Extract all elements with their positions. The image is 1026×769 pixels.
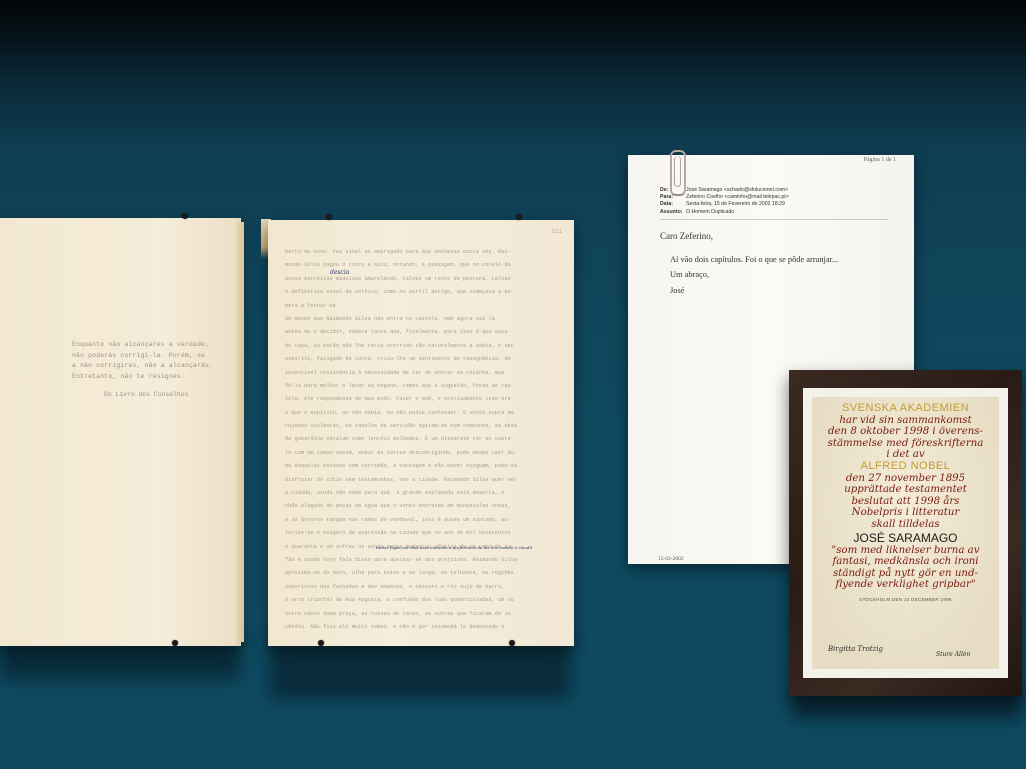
- diploma-stamp: STOCKHOLM DEN 10 DECEMBER 1998: [812, 597, 999, 602]
- typescript-line: aproxima-se do muro, olha para baixo e a…: [285, 567, 575, 580]
- email-body-line: Aí vão dois capítulos. Foi o que se pôde…: [670, 255, 838, 264]
- email-body-line: Um abraço,: [670, 270, 709, 279]
- nobel-diploma-frame: SVENSKA AKADEMIEN har vid sin sammankoms…: [789, 370, 1022, 696]
- footer-date: 15-02-2002: [658, 556, 684, 562]
- typescript-line: Acova estreitas madeixas amarelando, tal…: [285, 273, 575, 286]
- mounting-pin: [318, 640, 324, 646]
- quote-source: Do Livro dos Conselhos: [104, 391, 188, 398]
- typescript-line: a cidade, ainda não sabe para quê. A gra…: [285, 487, 575, 500]
- typescript-line: chão alagado de poças de água que o vent…: [285, 500, 575, 513]
- typescript-line: o definitivo sinal da velhice, como no p…: [285, 286, 575, 299]
- laureate-name: JOSÉ SARAMAGO: [812, 531, 999, 545]
- page-stack-edge: [236, 222, 244, 642]
- diploma-line: stämmelse med föreskrifterna: [812, 438, 999, 450]
- typescript-line: o que o espírito, ou não sabia, ou não p…: [285, 407, 575, 420]
- typescript-line: pera a fechar-se.: [285, 300, 575, 313]
- founder-name: ALFRED NOBEL: [812, 461, 999, 473]
- typescript-line: disfrutar do sítio sem testemunhas, ver …: [285, 474, 575, 487]
- left-page-shadow: [0, 640, 240, 680]
- typescript-line: Só mesmo que Raimundo Silva não entra no…: [285, 313, 575, 326]
- nobel-diploma: SVENSKA AKADEMIEN har vid sin sammankoms…: [812, 397, 999, 669]
- signature-left: Birgitta Trotzig: [828, 645, 883, 653]
- handwritten-margin-note: tantas fugas por dias aves andando a pre…: [376, 545, 532, 550]
- diploma-line: skall tilldelas: [812, 519, 999, 531]
- mounting-pin: [326, 214, 332, 220]
- page-number: 121: [551, 228, 562, 235]
- typescript-text: berto de novo. Fez sinal ao empregado pa…: [285, 246, 575, 634]
- epigraph-quote: Enquanto não alcançares a verdade, não p…: [72, 340, 232, 382]
- quote-line: a não corrigires, não a alcançarás.: [72, 361, 232, 372]
- paperclip-inner: [674, 156, 681, 187]
- typescript-line: ma daquelas escadas sem corrimão, a vant…: [285, 460, 575, 473]
- signature-right: Sture Allén: [936, 651, 970, 658]
- mounting-pin: [182, 213, 188, 219]
- email-signoff: José: [670, 286, 684, 295]
- typescript-line: rajadas violentas, os cabelos da servidã…: [285, 420, 575, 433]
- typescript-line: berto de novo. Fez sinal ao empregado pa…: [285, 246, 575, 259]
- typescript-line: fê-lo para melhor o levar ao engano, tem…: [285, 380, 575, 393]
- typescript-line: telo, ele respondesse de mau modo. Fazer…: [285, 393, 575, 406]
- mounting-pin: [516, 214, 522, 220]
- typescript-line: outro canto duma praça, as ruínas do Car…: [285, 608, 575, 621]
- quote-line: Entretanto, não te resignes.: [72, 372, 232, 383]
- quote-line: Enquanto não alcançares a verdade,: [72, 340, 232, 351]
- typescript-line: torize-se o exagero da expressão na cida…: [285, 527, 575, 540]
- typescript-line: de casa, ou então não lhe teria ocorrido…: [285, 340, 575, 353]
- typescript-line: invencível resistência à necessidade de …: [285, 367, 575, 380]
- header-subject: Assunto:O Homem Duplicado: [660, 209, 789, 216]
- typescript-line: antes de o decidir, sabere tanto que, fi…: [285, 326, 575, 339]
- diploma-line: har vid sin sammankomst: [812, 415, 999, 427]
- page-label: Página 1 de 1: [864, 157, 897, 163]
- typescript-line: mundo Silva pagou o conto e saiu, notand…: [285, 259, 575, 272]
- header-date: Data:Sexta-feira, 15 de Fevereiro de 200…: [660, 201, 789, 208]
- diploma-line: beslutat att 1998 års: [812, 496, 999, 508]
- typescript-line: fão e ainda hoje fala disso para queixar…: [285, 554, 575, 567]
- citation-line: flyende verklighet gripbar": [812, 579, 999, 591]
- academy-name: SVENSKA AKADEMIEN: [812, 403, 999, 415]
- typescript-line: e as árvores rangem nos ramos do vendava…: [285, 514, 575, 527]
- mounting-pin: [509, 640, 515, 646]
- diploma-line: den 27 november 1895: [812, 473, 999, 485]
- handwritten-insert: descia: [330, 269, 349, 276]
- mounting-pin: [172, 640, 178, 646]
- header-divider: [660, 219, 888, 220]
- email-salutation: Caro Zeferino,: [660, 231, 713, 241]
- diploma-line: upprättade testamentet: [812, 484, 999, 496]
- typescript-page: 121 berto de novo. Fez sinal ao empregad…: [268, 220, 574, 646]
- typescript-line: o arco triunfal da Rua Augusta, a confus…: [285, 594, 575, 607]
- typescript-shadow: [270, 640, 570, 700]
- citation-line: "som med liknelser burna av: [812, 545, 999, 557]
- quote-line: não poderás corrigi-la. Porém, se: [72, 351, 232, 362]
- typescript-line: superiores das fachadas e das empenas, o…: [285, 581, 575, 594]
- typescript-line: espírito, fatigado de conta, criou-lhe u…: [285, 353, 575, 366]
- citation-line: ständigt på nytt gör en und-: [812, 568, 999, 580]
- typescript-line: da gabardina estalam como lençóis molhad…: [285, 433, 575, 446]
- citation-line: fantasi, medkänsla och ironi: [812, 556, 999, 568]
- frame-mat: SVENSKA AKADEMIEN har vid sin sammankoms…: [803, 388, 1008, 678]
- typescript-line: cêndio. Não fica ali muito tempo, e não …: [285, 621, 575, 634]
- diploma-line: Nobelpris i litteratur: [812, 507, 999, 519]
- typescript-line: lo com um tempo assim, subir às torres d…: [285, 447, 575, 460]
- quote-page: [0, 218, 241, 646]
- diploma-line: den 8 oktober 1998 i överens-: [812, 426, 999, 438]
